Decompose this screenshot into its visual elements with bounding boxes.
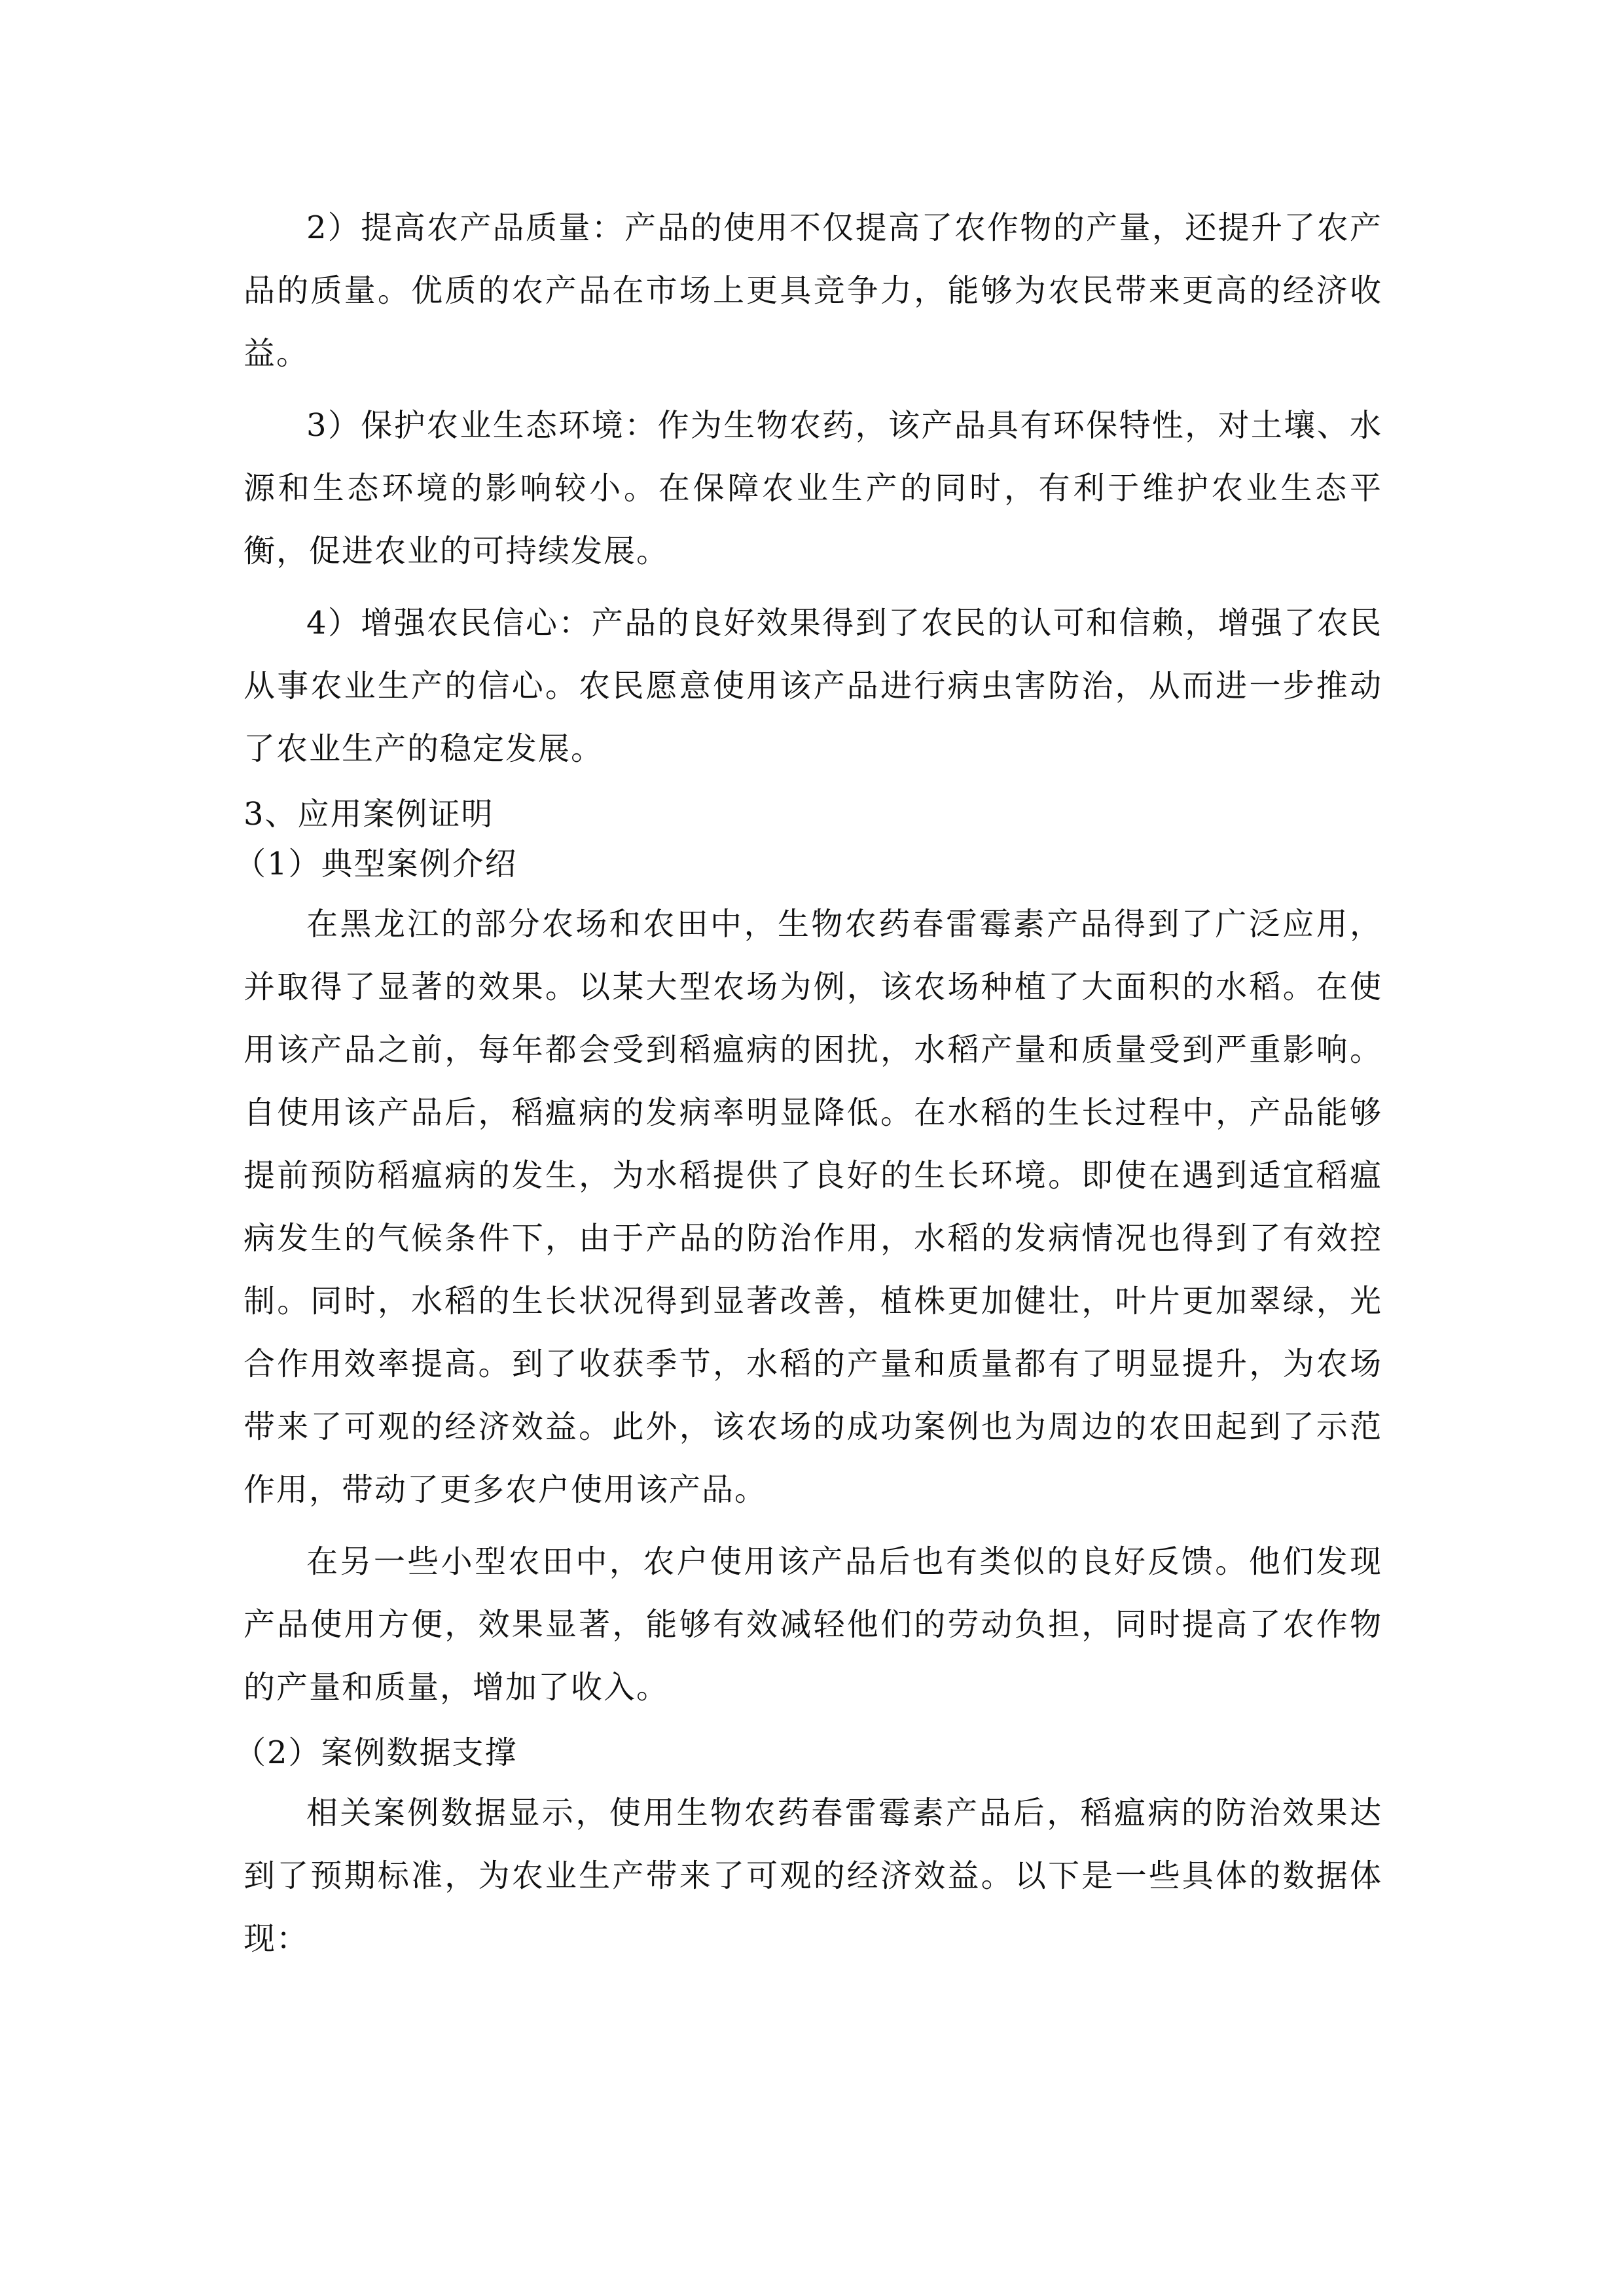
- subsection-heading-case-data: （2）案例数据支撑: [234, 1728, 1382, 1778]
- subsection-heading-typical-cases: （1）典型案例介绍: [234, 839, 1382, 889]
- paragraph-large-farm-case: 在黑龙江的部分农场和农田中，生物农药春雷霉素产品得到了广泛应用，并取得了显著的效…: [244, 893, 1382, 1521]
- section-heading-case-proof: 3、应用案例证明: [244, 789, 1382, 839]
- paragraph-benefit-ecology: 3）保护农业生态环境：作为生物农药，该产品具有环保特性，对土壤、水源和生态环境的…: [244, 394, 1382, 583]
- document-page: 2）提高农产品质量：产品的使用不仅提高了农作物的产量，还提升了农产品的质量。优质…: [244, 196, 1382, 1979]
- paragraph-small-farm-case: 在另一些小型农田中，农户使用该产品后也有类似的良好反馈。他们发现产品使用方便，效…: [244, 1530, 1382, 1719]
- paragraph-case-data-intro: 相关案例数据显示，使用生物农药春雷霉素产品后，稻瘟病的防治效果达到了预期标准，为…: [244, 1782, 1382, 1970]
- paragraph-benefit-confidence: 4）增强农民信心：产品的良好效果得到了农民的认可和信赖，增强了农民从事农业生产的…: [244, 592, 1382, 780]
- paragraph-benefit-quality: 2）提高农产品质量：产品的使用不仅提高了农作物的产量，还提升了农产品的质量。优质…: [244, 196, 1382, 385]
